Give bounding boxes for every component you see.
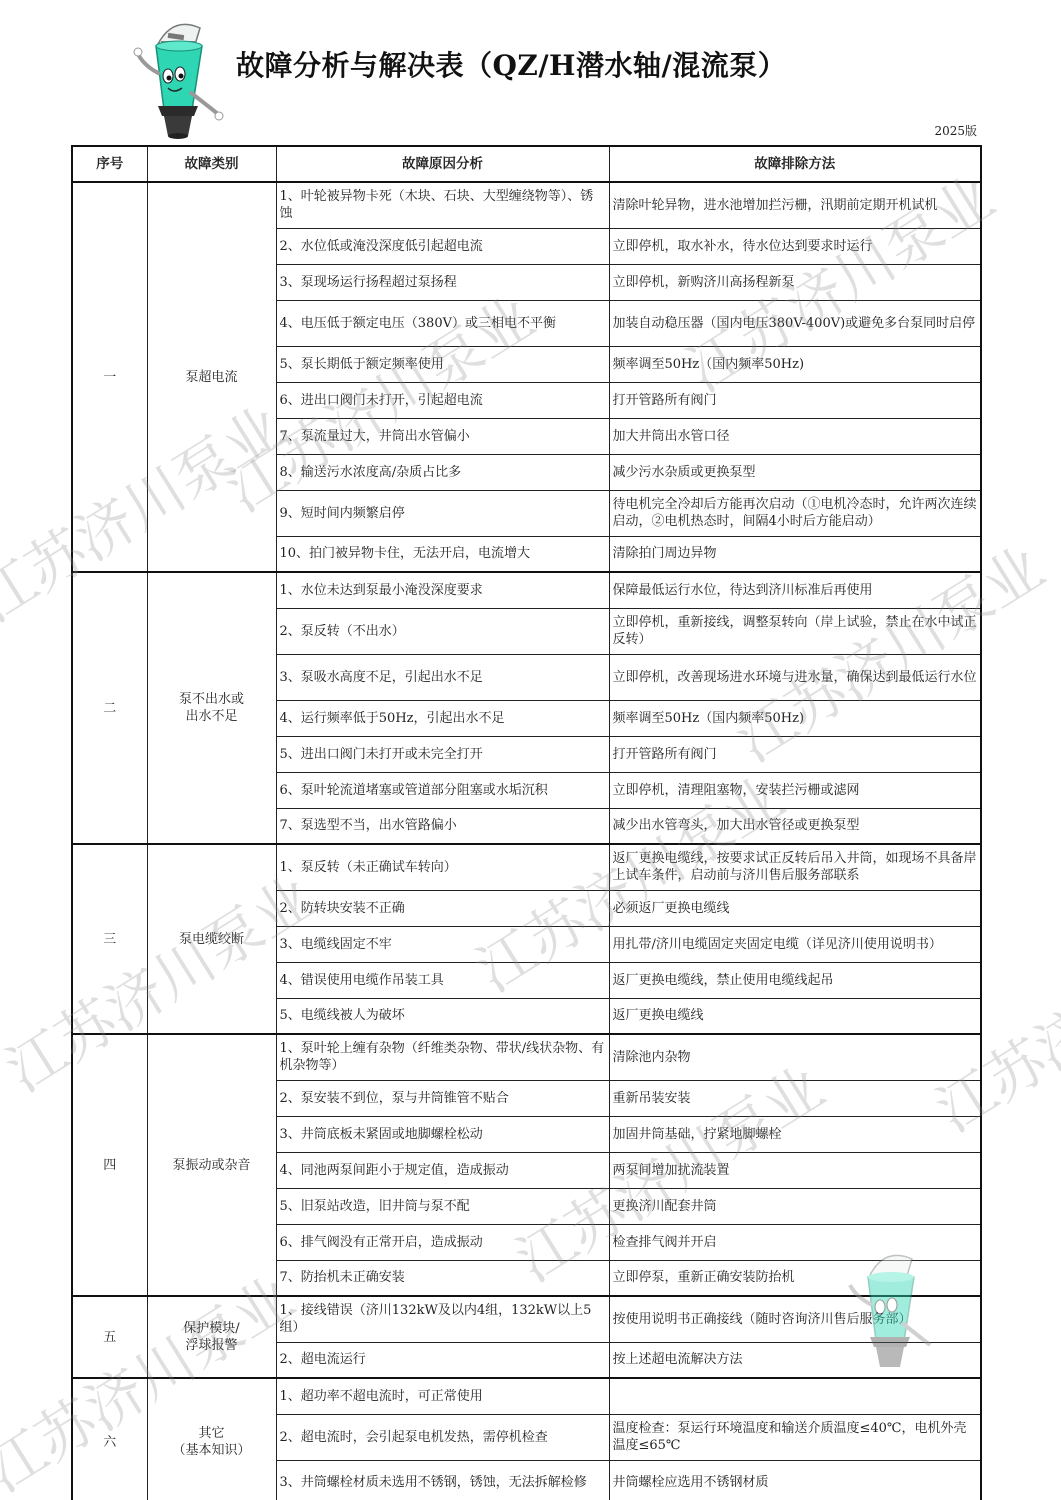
solution-cell: 两泵间增加扰流装置 — [609, 1152, 981, 1188]
cause-cell: 1、水位未达到泵最小淹没深度要求 — [276, 572, 609, 608]
table-row: 四泵振动或杂音1、泵叶轮上缠有杂物（纤维类杂物、带状/线状杂物、有机杂物等）清除… — [72, 1034, 981, 1080]
group-category-cell: 泵电缆绞断 — [147, 844, 276, 1034]
column-header-cause: 故障原因分析 — [276, 146, 609, 182]
group-category-cell: 泵超电流 — [147, 182, 276, 572]
column-header-category: 故障类别 — [147, 146, 276, 182]
cause-cell: 4、电压低于额定电压（380V）或三相电不平衡 — [276, 300, 609, 346]
solution-cell: 清除拍门周边异物 — [609, 536, 981, 572]
cause-cell: 5、泵长期低于额定频率使用 — [276, 346, 609, 382]
cause-cell: 1、泵反转（未正确试车转向） — [276, 844, 609, 890]
cause-cell: 2、超电流运行 — [276, 1342, 609, 1378]
solution-cell: 立即停机，清理阻塞物，安装拦污栅或滤网 — [609, 772, 981, 808]
solution-cell: 清除池内杂物 — [609, 1034, 981, 1080]
pump-mascot-watermark-icon — [840, 1245, 940, 1375]
solution-cell: 立即停机，改善现场进水环境与进水量，确保达到最低运行水位 — [609, 654, 981, 700]
cause-cell: 3、泵吸水高度不足，引起出水不足 — [276, 654, 609, 700]
cause-cell: 2、泵安装不到位，泵与井筒锥管不贴合 — [276, 1080, 609, 1116]
group-seq-cell: 四 — [72, 1034, 147, 1296]
group-seq-cell: 五 — [72, 1296, 147, 1378]
solution-cell: 清除叶轮异物，进水池增加拦污栅，汛期前定期开机试机 — [609, 182, 981, 228]
group-category-cell: 泵振动或杂音 — [147, 1034, 276, 1296]
cause-cell: 7、防抬机未正确安装 — [276, 1260, 609, 1296]
column-header-seq: 序号 — [72, 146, 147, 182]
solution-cell: 减少出水管弯头，加大出水管径或更换泵型 — [609, 808, 981, 844]
solution-cell: 加固井筒基础，拧紧地脚螺栓 — [609, 1116, 981, 1152]
solution-cell: 打开管路所有阀门 — [609, 736, 981, 772]
cause-cell: 6、泵叶轮流道堵塞或管道部分阻塞或水垢沉积 — [276, 772, 609, 808]
table-row: 一泵超电流1、叶轮被异物卡死（木块、石块、大型缠绕物等）、锈蚀清除叶轮异物，进水… — [72, 182, 981, 228]
solution-cell: 加大井筒出水管口径 — [609, 418, 981, 454]
cause-cell: 5、旧泵站改造，旧井筒与泵不配 — [276, 1188, 609, 1224]
group-seq-cell: 一 — [72, 182, 147, 572]
solution-cell: 重新吊装安装 — [609, 1080, 981, 1116]
cause-cell: 3、井筒底板未紧固或地脚螺栓松动 — [276, 1116, 609, 1152]
version-label: 2025版 — [934, 122, 977, 139]
page-title: 故障分析与解决表（QZ/H潜水轴/混流泵） — [236, 44, 786, 84]
cause-cell: 4、同池两泵间距小于规定值，造成振动 — [276, 1152, 609, 1188]
solution-cell: 加装自动稳压器（国内电压380V-400V)或避免多台泵同时启停 — [609, 300, 981, 346]
solution-cell: 用扎带/济川电缆固定夹固定电缆（详见济川使用说明书） — [609, 926, 981, 962]
cause-cell: 1、叶轮被异物卡死（木块、石块、大型缠绕物等）、锈蚀 — [276, 182, 609, 228]
cause-cell: 3、泵现场运行扬程超过泵扬程 — [276, 264, 609, 300]
solution-cell: 打开管路所有阀门 — [609, 382, 981, 418]
solution-cell: 返厂更换电缆线 — [609, 998, 981, 1034]
solution-cell: 减少污水杂质或更换泵型 — [609, 454, 981, 490]
cause-cell: 9、短时间内频繁启停 — [276, 490, 609, 536]
cause-cell: 6、进出口阀门未打开，引起超电流 — [276, 382, 609, 418]
cause-cell: 7、泵选型不当，出水管路偏小 — [276, 808, 609, 844]
cause-cell: 4、运行频率低于50Hz，引起出水不足 — [276, 700, 609, 736]
cause-cell: 2、超电流时，会引起泵电机发热，需停机检查 — [276, 1414, 609, 1460]
solution-cell: 必须返厂更换电缆线 — [609, 890, 981, 926]
solution-cell: 返厂更换电缆线，按要求试正反转后吊入井筒，如现场不具备岸上试车条件，启动前与济川… — [609, 844, 981, 890]
cause-cell: 1、接线错误（济川132kW及以内4组，132kW以上5组） — [276, 1296, 609, 1342]
solution-cell: 立即停机，新购济川高扬程新泵 — [609, 264, 981, 300]
cause-cell: 10、拍门被异物卡住，无法开启，电流增大 — [276, 536, 609, 572]
solution-cell — [609, 1378, 981, 1414]
group-seq-cell: 六 — [72, 1378, 147, 1500]
solution-cell: 保障最低运行水位，待达到济川标准后再使用 — [609, 572, 981, 608]
cause-cell: 5、进出口阀门未打开或未完全打开 — [276, 736, 609, 772]
solution-cell: 立即停机，重新接线，调整泵转向（岸上试验，禁止在水中试正反转） — [609, 608, 981, 654]
cause-cell: 1、超功率不超电流时，可正常使用 — [276, 1378, 609, 1414]
cause-cell: 8、输送污水浓度高/杂质占比多 — [276, 454, 609, 490]
solution-cell: 频率调至50Hz（国内频率50Hz) — [609, 700, 981, 736]
solution-cell: 温度检查：泵运行环境温度和输送介质温度≤40℃，电机外壳温度≤65℃ — [609, 1414, 981, 1460]
group-category-cell: 泵不出水或 出水不足 — [147, 572, 276, 844]
group-category-cell: 其它 （基本知识） — [147, 1378, 276, 1500]
cause-cell: 6、排气阀没有正常开启，造成振动 — [276, 1224, 609, 1260]
group-seq-cell: 三 — [72, 844, 147, 1034]
solution-cell: 更换济川配套井筒 — [609, 1188, 981, 1224]
cause-cell: 4、错误使用电缆作吊装工具 — [276, 962, 609, 998]
cause-cell: 2、泵反转（不出水） — [276, 608, 609, 654]
cause-cell: 2、水位低或淹没深度低引起超电流 — [276, 228, 609, 264]
cause-cell: 7、泵流量过大，井筒出水管偏小 — [276, 418, 609, 454]
cause-cell: 3、电缆线固定不牢 — [276, 926, 609, 962]
table-row: 三泵电缆绞断1、泵反转（未正确试车转向）返厂更换电缆线，按要求试正反转后吊入井筒… — [72, 844, 981, 890]
solution-cell: 井筒螺栓应选用不锈钢材质 — [609, 1460, 981, 1500]
cause-cell: 5、电缆线被人为破坏 — [276, 998, 609, 1034]
column-header-solution: 故障排除方法 — [609, 146, 981, 182]
cause-cell: 3、井筒螺栓材质未选用不锈钢，锈蚀，无法拆解检修 — [276, 1460, 609, 1500]
solution-cell: 返厂更换电缆线，禁止使用电缆线起吊 — [609, 962, 981, 998]
table-row: 二泵不出水或 出水不足1、水位未达到泵最小淹没深度要求保障最低运行水位，待达到济… — [72, 572, 981, 608]
solution-cell: 立即停机，取水补水，待水位达到要求时运行 — [609, 228, 981, 264]
group-seq-cell: 二 — [72, 572, 147, 844]
solution-cell: 频率调至50Hz（国内频率50Hz) — [609, 346, 981, 382]
group-category-cell: 保护模块/ 浮球报警 — [147, 1296, 276, 1378]
solution-cell: 待电机完全冷却后方能再次启动（①电机冷态时，允许两次连续启动，②电机热态时，间隔… — [609, 490, 981, 536]
cause-cell: 2、防转块安装不正确 — [276, 890, 609, 926]
cause-cell: 1、泵叶轮上缠有杂物（纤维类杂物、带状/线状杂物、有机杂物等） — [276, 1034, 609, 1080]
table-header-row: 序号 故障类别 故障原因分析 故障排除方法 — [72, 146, 981, 182]
table-row: 六其它 （基本知识）1、超功率不超电流时，可正常使用 — [72, 1378, 981, 1414]
pump-mascot-icon — [128, 14, 228, 144]
